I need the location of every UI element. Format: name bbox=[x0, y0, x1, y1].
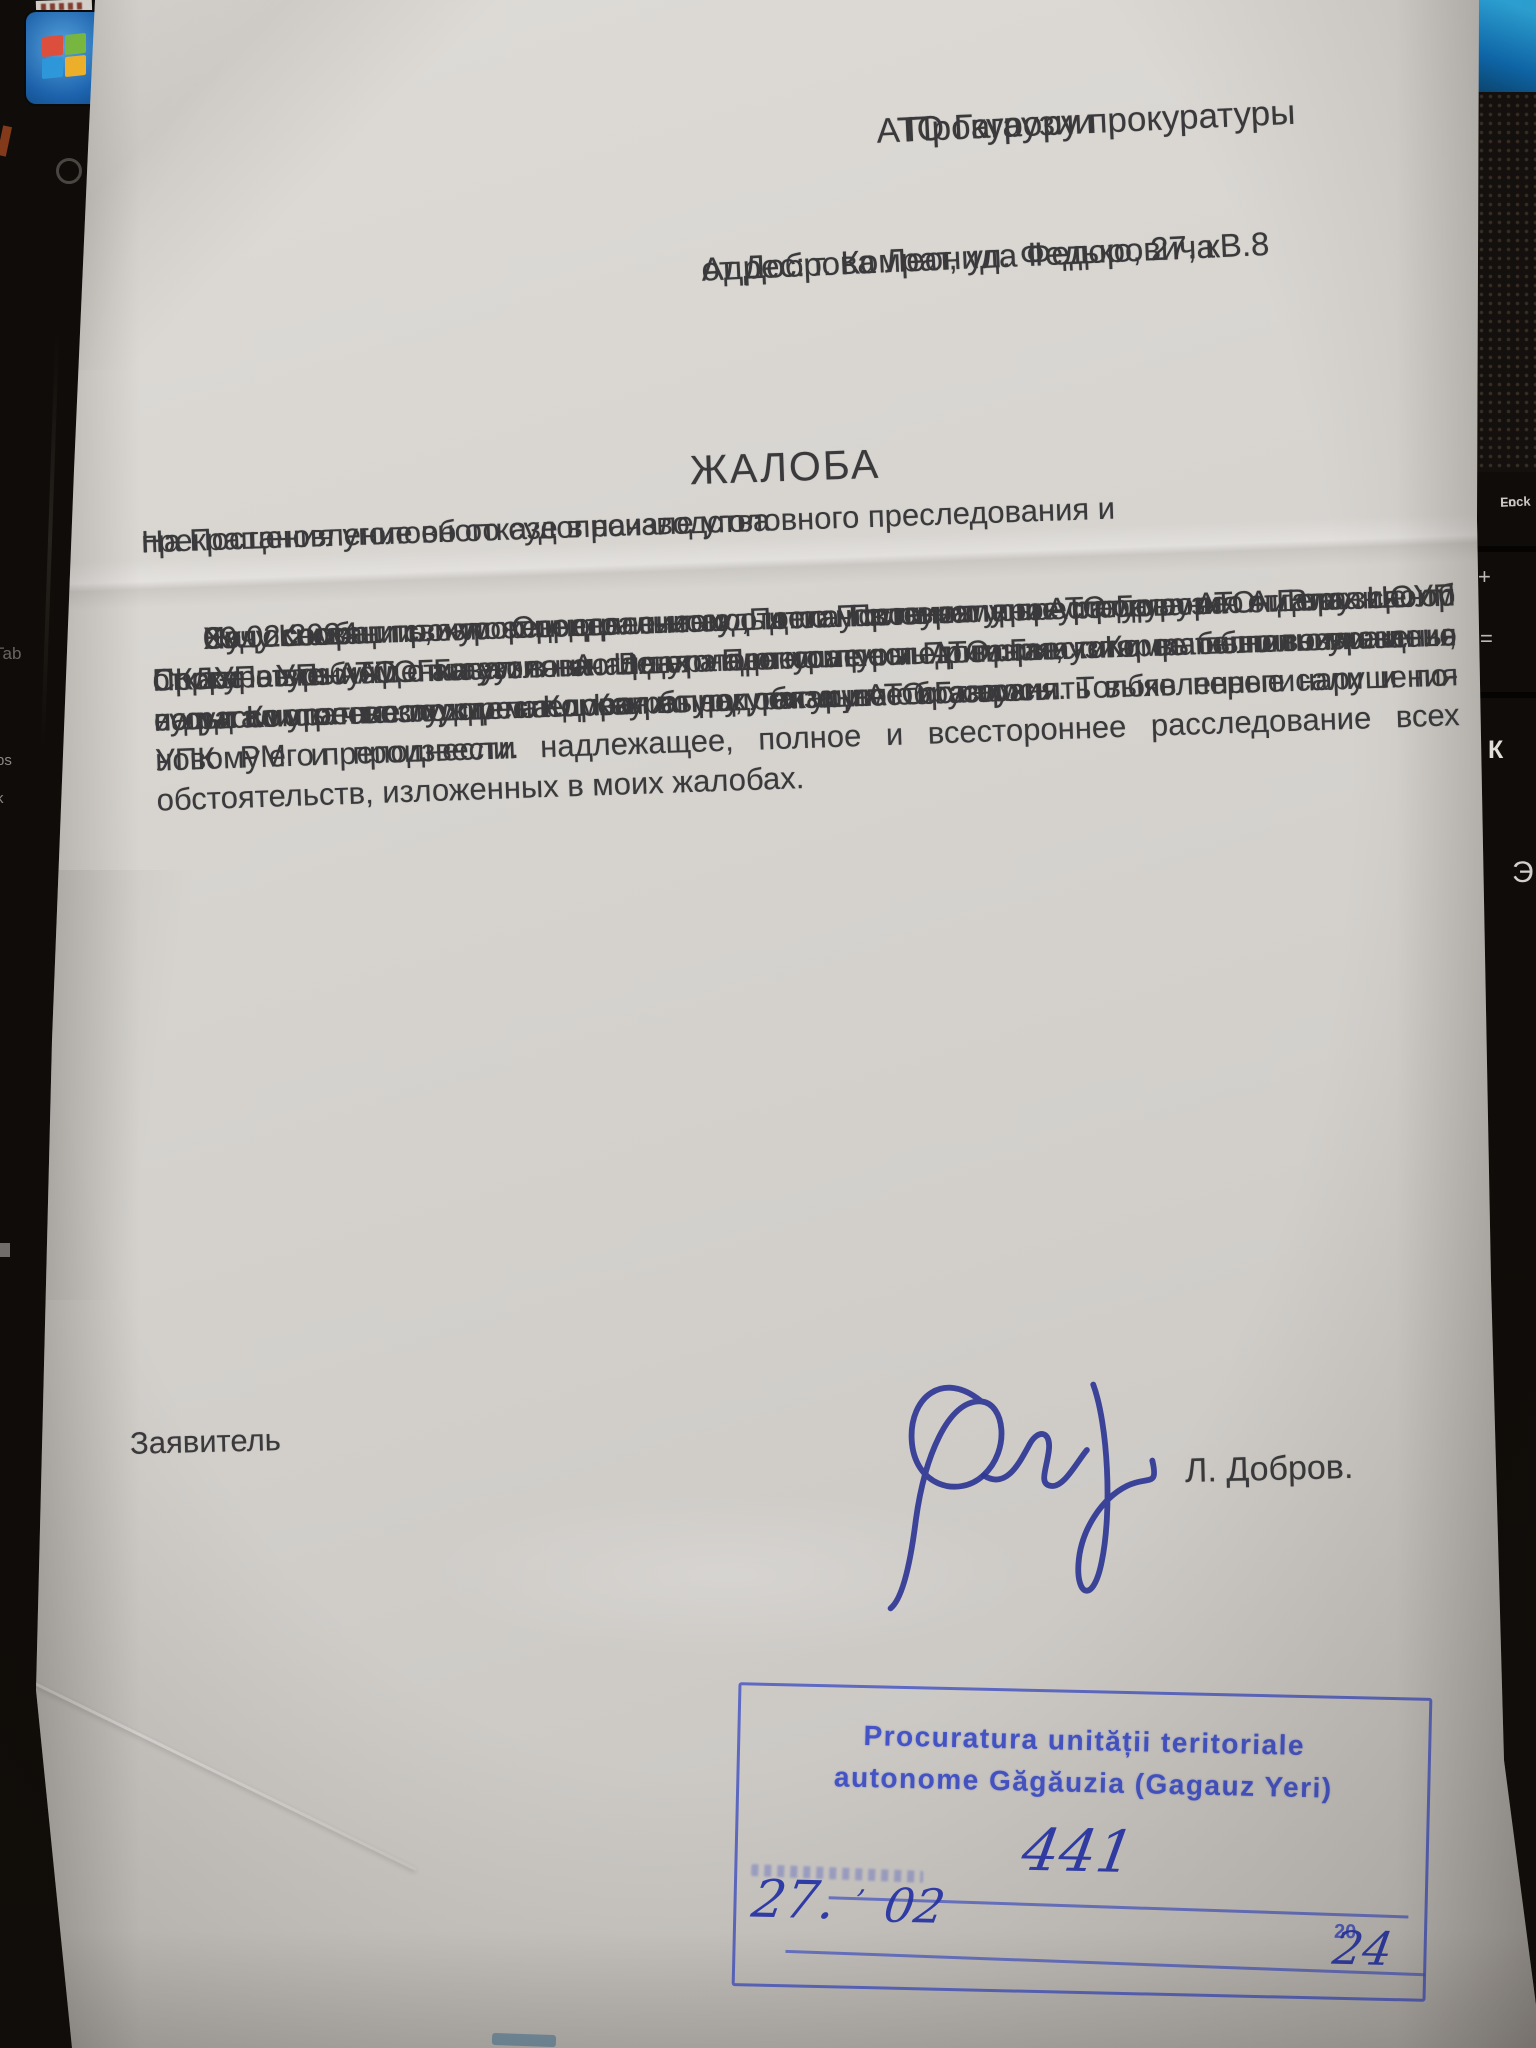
paper-shadow bbox=[0, 0, 140, 2048]
windows-pane-green bbox=[65, 33, 86, 55]
stamp-org-line2: autonome Găgăuzia (Gagauz Yeri) bbox=[739, 1759, 1428, 1807]
stamp-year-written: 24 bbox=[1329, 1921, 1396, 1976]
stamp-year: 2024 bbox=[1334, 1921, 1424, 1923]
fn-lock-key: Fn Lock bbox=[1500, 493, 1536, 494]
sticker-illegible-text bbox=[41, 2, 85, 11]
key-gap bbox=[1470, 546, 1536, 552]
sender-address-line: Адрес: г. Комрат, ул. Федько, 27, кВ.8 bbox=[700, 217, 1270, 296]
laptop-orange-mark bbox=[0, 125, 12, 156]
bottom-ink-mark bbox=[492, 2033, 556, 2047]
k-key-label: К bbox=[1488, 736, 1503, 765]
circle-key-icon bbox=[56, 158, 82, 184]
signature-name: Л. Добров. bbox=[1185, 1448, 1354, 1491]
sender-block: от Доброва Леонида Федоровича Адрес: г. … bbox=[700, 213, 1349, 242]
windows-pane-blue bbox=[42, 57, 63, 79]
paper-crease bbox=[0, 870, 280, 1300]
photo-canvas: Fn Lock + = К Э Tab ps k Прокурору проку… bbox=[0, 0, 1536, 2048]
e-key-label: Э bbox=[1512, 856, 1534, 890]
laptop-edge-highlight bbox=[41, 330, 60, 750]
windows-pane-red bbox=[42, 35, 63, 57]
equals-key-label: = bbox=[1480, 626, 1493, 652]
fn-lock-label-line2: Lock bbox=[1500, 494, 1531, 510]
stamp-number: 441 bbox=[1017, 1816, 1139, 1886]
stamp-date-month: 02 bbox=[880, 1879, 949, 1935]
signature-label: Заявитель bbox=[130, 1422, 282, 1462]
windows-logo-icon bbox=[42, 34, 88, 78]
prosecutor-stamp: Procuratura unității teritoriale autonom… bbox=[732, 1682, 1433, 2002]
stamp-date-day: 27. bbox=[748, 1870, 840, 1932]
plus-key-label: + bbox=[1478, 564, 1491, 590]
windows-pane-yellow bbox=[65, 55, 86, 77]
stamp-date-mark: ’ bbox=[852, 1884, 867, 1919]
tab-key-label: Tab bbox=[0, 644, 21, 664]
paper-sheet: Прокурору прокуратуры АТО Гагаузии от До… bbox=[0, 0, 1536, 2048]
caps-lock-fragment: ps bbox=[0, 752, 12, 769]
recipient-block: Прокурору прокуратуры АТО Гагаузии bbox=[875, 80, 1394, 104]
stamp-underline bbox=[785, 1950, 1425, 1976]
caps-lock-fragment: k bbox=[0, 790, 4, 807]
laptop-left-mark bbox=[0, 1243, 10, 1257]
stamp-org-line1: Procuratura unității teritoriale bbox=[740, 1717, 1429, 1765]
recipient-line2: АТО Гагаузии bbox=[875, 94, 1095, 159]
